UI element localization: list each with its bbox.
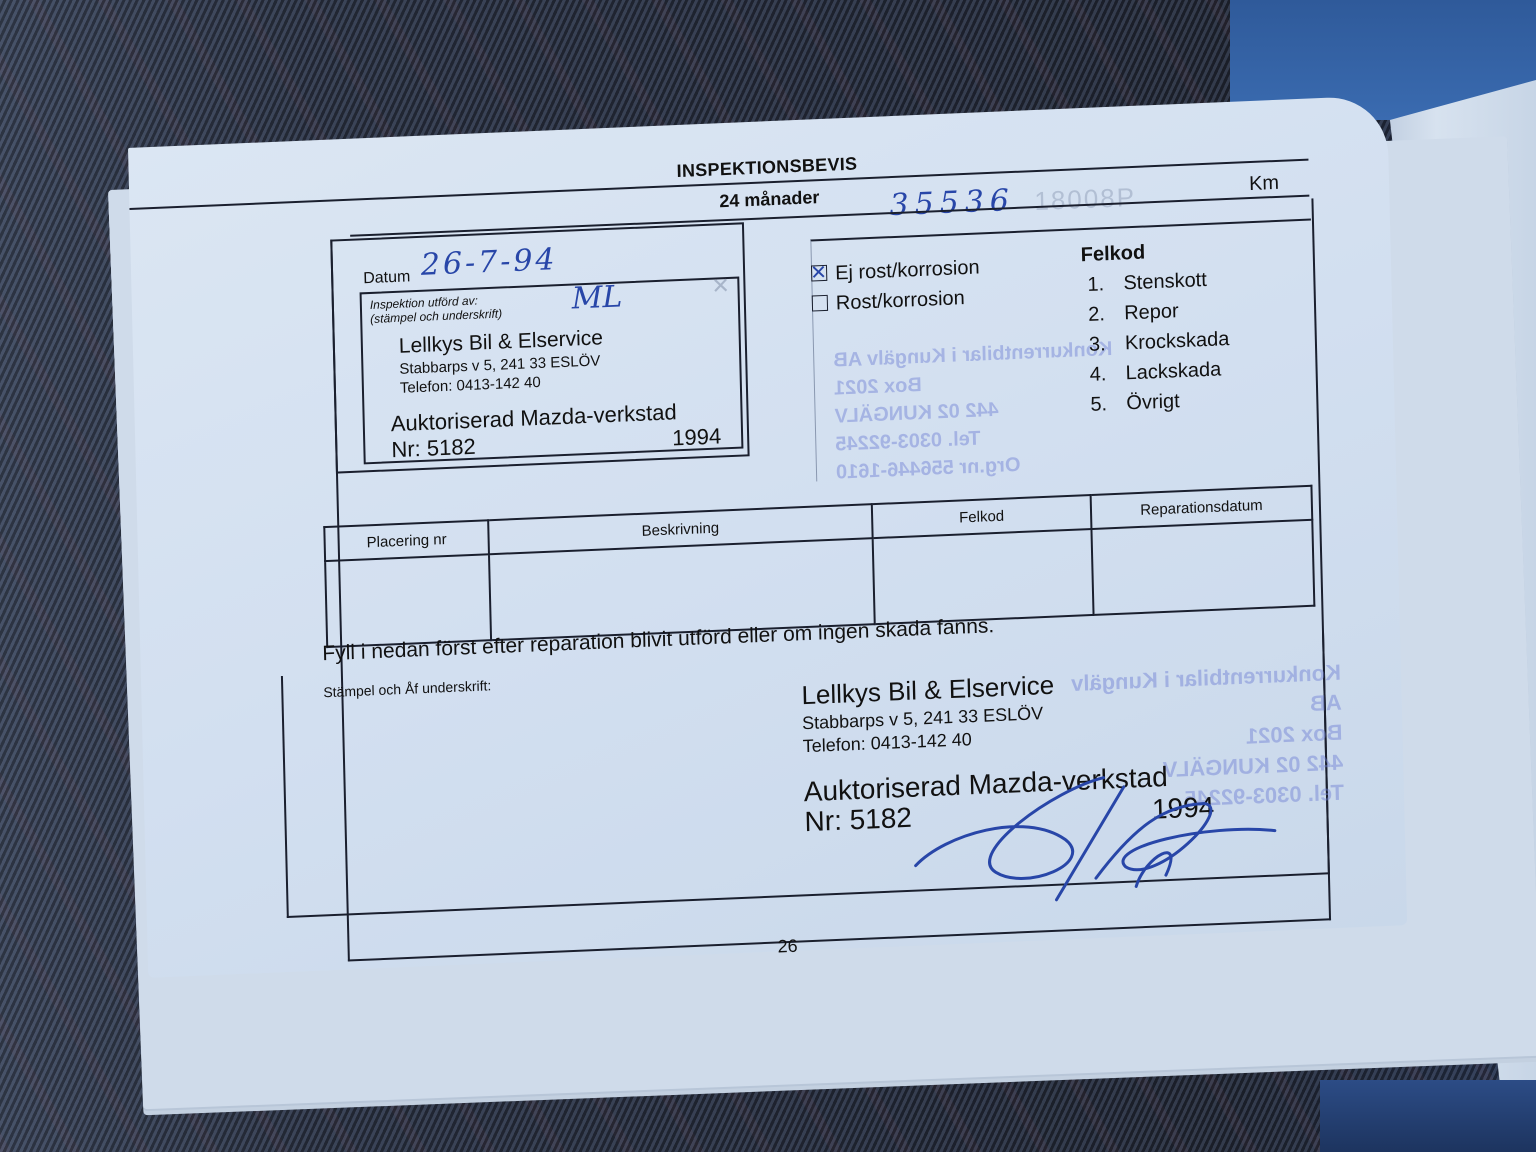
faint-x-mark: ✕ xyxy=(711,273,730,300)
handwritten-signature-icon xyxy=(903,760,1286,916)
document-subtitle: 24 månader xyxy=(719,187,819,212)
fault-code-item: 1.Stenskott xyxy=(1081,264,1228,300)
checkbox-checked-icon[interactable] xyxy=(811,265,827,282)
date-handwritten: 26-7-94 xyxy=(420,242,557,283)
inspection-box: Datum 26-7-94 Inspektion utförd av: (stä… xyxy=(330,222,749,473)
booklet-cover-bottom xyxy=(1320,1080,1536,1152)
stamp-box: Inspektion utförd av: (stämpel och under… xyxy=(360,277,744,465)
workshop-stamp: Lellkys Bil & Elservice Stabbarps v 5, 2… xyxy=(399,326,605,397)
authorization-year: 1994 xyxy=(672,423,722,451)
inspection-page: INSPEKTIONSBEVIS 24 månader 35536 18008P… xyxy=(128,95,1407,978)
corrosion-checkboxes: Ej rost/korrosion Rost/korrosion xyxy=(811,252,981,319)
date-label: Datum xyxy=(363,268,411,288)
odometer-unit: Km xyxy=(1249,172,1280,196)
authorization: Auktoriserad Mazda-verkstad Nr: 5182 199… xyxy=(390,397,721,463)
cell-placement[interactable] xyxy=(325,554,491,647)
initials-handwritten: ML xyxy=(571,279,622,316)
cell-repair-date[interactable] xyxy=(1091,520,1314,615)
checkbox-label: Rost/korrosion xyxy=(836,287,965,314)
fault-code-item: 5.Övrigt xyxy=(1084,384,1231,420)
fault-code-item: 4.Lackskada xyxy=(1083,354,1230,390)
cell-fault-code[interactable] xyxy=(873,529,1094,624)
checkbox-empty-icon[interactable] xyxy=(812,295,828,312)
fault-code-list: Felkod 1.Stenskott 2.Repor 3.Krockskada … xyxy=(1080,234,1231,420)
page-number: 26 xyxy=(777,936,798,958)
inspected-by-label: Inspektion utförd av: (stämpel och under… xyxy=(370,292,503,326)
checkbox-label: Ej rost/korrosion xyxy=(835,256,980,284)
